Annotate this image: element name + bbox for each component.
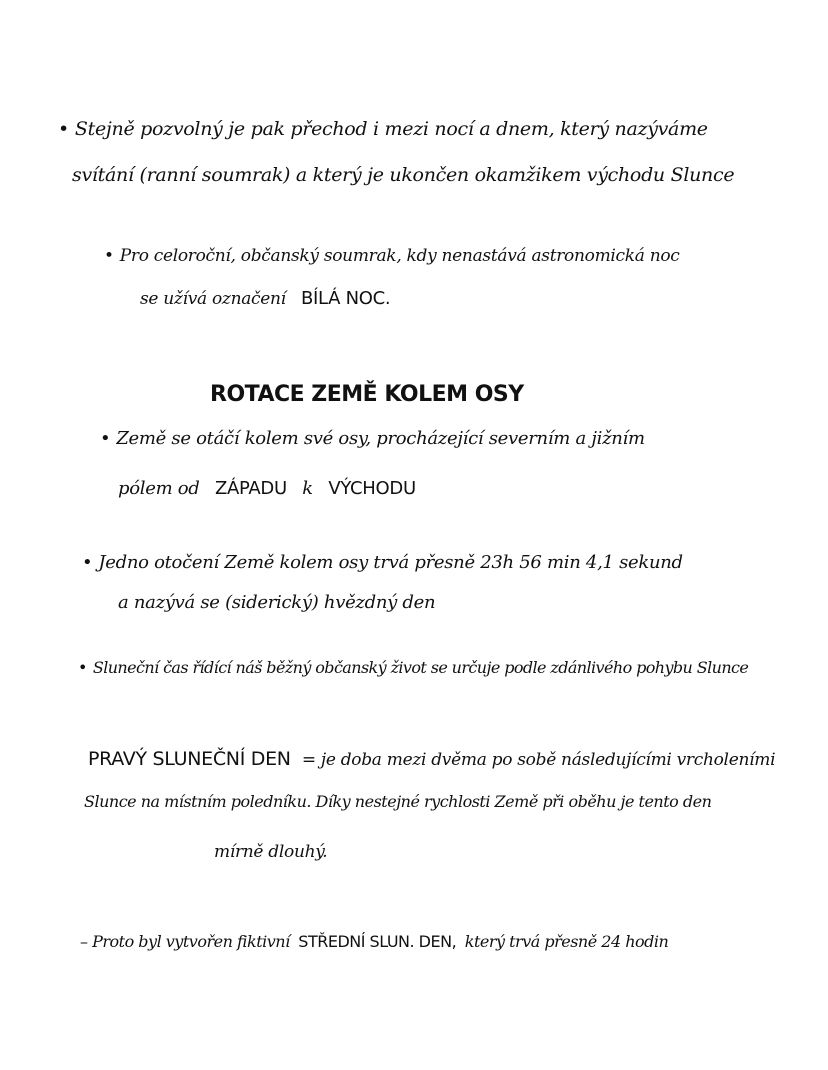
note-line: •Pro celoroční, občanský soumrak, kdy ne…: [104, 246, 680, 266]
note-line: – Proto byl vytvořen fiktivní STŘEDNÍ SL…: [80, 932, 668, 951]
note-text: k: [302, 478, 313, 499]
note-text: svítání (ranní soumrak) a který je ukonč…: [72, 164, 734, 186]
bullet: •: [104, 246, 114, 266]
note-text: Slunce na místním poledníku. Díky nestej…: [84, 792, 711, 811]
emphasis-text: STŘEDNÍ SLUN. DEN,: [298, 932, 456, 951]
emphasis-text: BÍLÁ NOC.: [301, 288, 390, 309]
note-text: – Proto byl vytvořen fiktivní: [80, 932, 290, 951]
note-line: Slunce na místním poledníku. Díky nestej…: [84, 792, 711, 811]
section-heading: ROTACE ZEMĚ KOLEM OSY: [210, 382, 524, 407]
emphasis-text: ZÁPADU: [215, 478, 287, 499]
note-line: svítání (ranní soumrak) a který je ukonč…: [72, 164, 734, 186]
note-text: Jedno otočení Země kolem osy trvá přesně…: [98, 552, 682, 573]
note-text: mírně dlouhý.: [214, 842, 327, 862]
note-text: Pro celoroční, občanský soumrak, kdy nen…: [120, 246, 680, 266]
note-line: pólem od ZÁPADU k VÝCHODU: [118, 478, 416, 499]
note-text: Sluneční čas řídící náš běžný občanský ž…: [93, 658, 748, 677]
note-text: a nazývá se (siderický) hvězdný den: [118, 592, 435, 613]
note-line: a nazývá se (siderický) hvězdný den: [118, 592, 435, 613]
bullet: •: [100, 428, 110, 449]
note-line: mírně dlouhý.: [214, 842, 327, 862]
note-line: •Sluneční čas řídící náš běžný občanský …: [78, 658, 748, 677]
note-text: Stejně pozvolný je pak přechod i mezi no…: [75, 118, 708, 140]
bullet: •: [58, 118, 69, 140]
note-line: •Země se otáčí kolem své osy, procházejí…: [100, 428, 645, 449]
note-line: se užívá označení BÍLÁ NOC.: [140, 288, 390, 309]
note-text: který trvá přesně 24 hodin: [465, 932, 669, 951]
note-line: •Jedno otočení Země kolem osy trvá přesn…: [82, 552, 683, 573]
note-line: PRAVÝ SLUNEČNÍ DEN = je doba mezi dvěma …: [88, 748, 775, 770]
note-line: •Stejně pozvolný je pak přechod i mezi n…: [58, 118, 708, 140]
note-text: pólem od: [118, 478, 200, 499]
note-text: = je doba mezi dvěma po sobě následující…: [302, 750, 775, 770]
definition-term: PRAVÝ SLUNEČNÍ DEN: [88, 748, 291, 770]
note-text: se užívá označení: [140, 289, 286, 309]
bullet: •: [78, 658, 87, 677]
bullet: •: [82, 552, 92, 573]
note-text: Země se otáčí kolem své osy, procházejíc…: [116, 428, 644, 449]
emphasis-text: VÝCHODU: [328, 478, 416, 499]
